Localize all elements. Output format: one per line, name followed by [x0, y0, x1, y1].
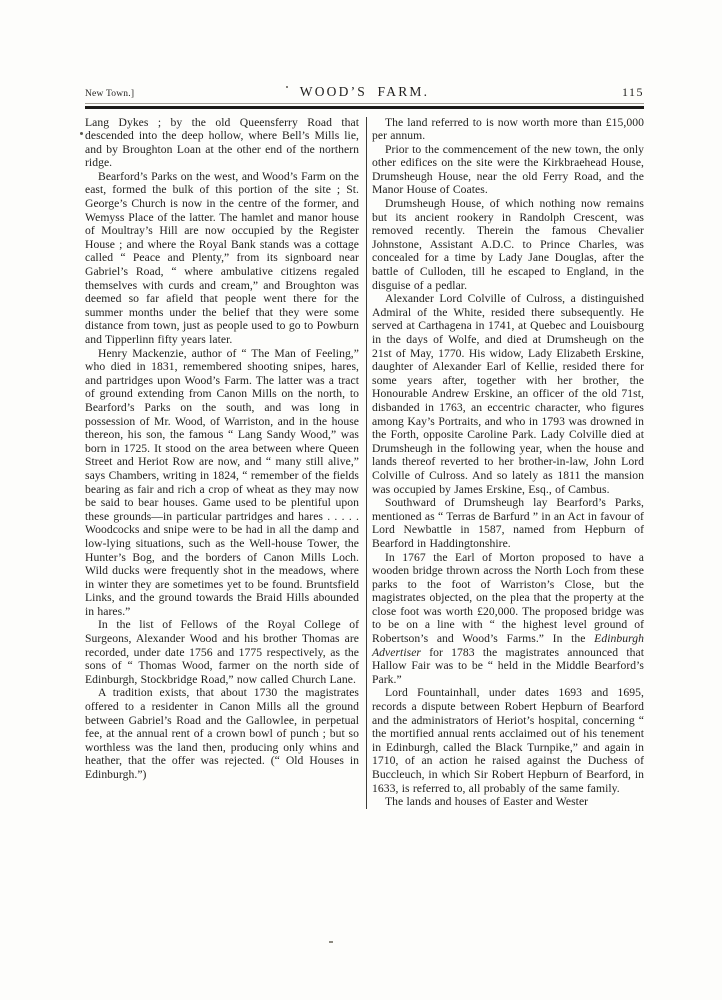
book-page: New Town.] WOOD’S FARM. 115 Lang Dykes ;…: [0, 0, 722, 1000]
scan-speck: [329, 941, 333, 943]
column-left: Lang Dykes ; by the old Queensferry Road…: [85, 116, 359, 809]
paragraph: The lands and houses of Easter and Weste…: [372, 795, 644, 809]
paragraph-text: In 1767 the Earl of Morton proposed to h…: [372, 551, 644, 646]
two-column-text: Lang Dykes ; by the old Queensferry Road…: [85, 116, 644, 809]
paragraph: Henry Mackenzie, author of “ The Man of …: [85, 347, 359, 619]
running-header: New Town.] WOOD’S FARM. 115: [85, 84, 644, 100]
column-divider-rule: [366, 117, 367, 809]
header-rule-thin: [85, 103, 644, 104]
scan-speck: [286, 86, 288, 88]
page-content: New Town.] WOOD’S FARM. 115 Lang Dykes ;…: [85, 84, 644, 809]
paragraph: Southward of Drumsheugh lay Bearford’s P…: [372, 496, 644, 550]
paragraph: In 1767 the Earl of Morton proposed to h…: [372, 551, 644, 687]
header-section-label: New Town.]: [85, 89, 215, 99]
scan-speck: [80, 132, 83, 135]
header-rule-thick: [85, 106, 644, 109]
paragraph: Lang Dykes ; by the old Queensferry Road…: [85, 116, 359, 170]
paragraph: The land referred to is now worth more t…: [372, 116, 644, 143]
paragraph: A tradition exists, that about 1730 the …: [85, 686, 359, 781]
paragraph: Prior to the commencement of the new tow…: [372, 143, 644, 197]
paragraph: Drumsheugh House, of which nothing now r…: [372, 197, 644, 292]
paragraph: Lord Fountainhall, under dates 1693 and …: [372, 686, 644, 795]
paragraph: In the list of Fellows of the Royal Coll…: [85, 618, 359, 686]
paragraph: Bearford’s Parks on the west, and Wood’s…: [85, 170, 359, 347]
paragraph: Alexander Lord Colville of Culross, a di…: [372, 292, 644, 496]
column-right: The land referred to is now worth more t…: [372, 116, 644, 809]
page-number: 115: [514, 85, 644, 100]
page-title: WOOD’S FARM.: [215, 84, 514, 100]
